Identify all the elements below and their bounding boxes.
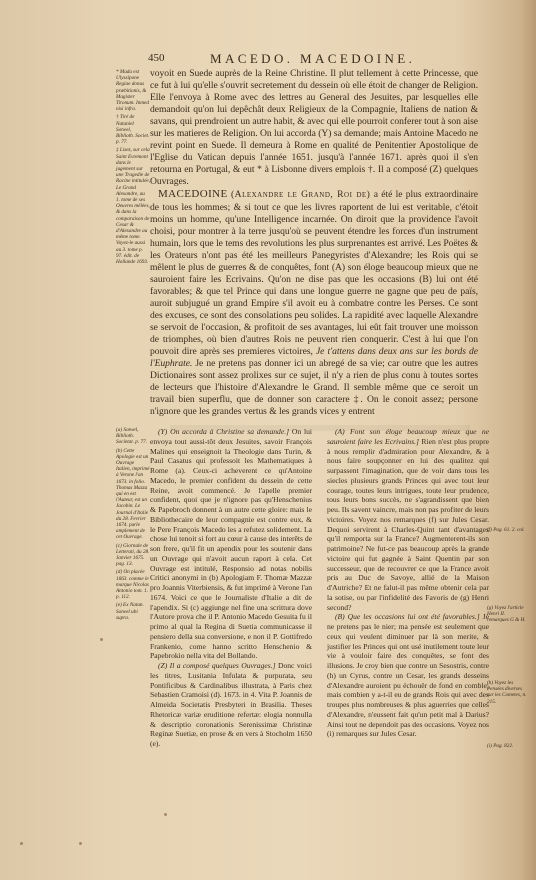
footnote-lemma: (B) Que les occasions lui ont été favora…: [335, 612, 480, 621]
footnote-lemma: (Z) Il a composé quelques Ouvrages.]: [158, 661, 276, 670]
footnotes-left-column: (Y) On accorda à Christine sa demande.] …: [150, 427, 312, 749]
margin-note: (b) Cette Apologie est un Ouvrage Italie…: [116, 448, 150, 541]
margin-note: † Tiré de Nataniel Sotwel, Biblioth. Soc…: [116, 114, 150, 145]
margin-note: (e) Ex Natan. Sotwel ubi supra.: [116, 602, 150, 621]
margin-note: (d) On placée 1663. comme le marque Nico…: [116, 569, 150, 600]
running-head: 450 MACEDO. MACEDOINE.: [148, 52, 508, 68]
margin-note-right-i: (i) Pag. 822.: [487, 743, 527, 749]
margin-note: ‡ Lisez, sur cela Saint Evremont dans le…: [116, 147, 150, 265]
paper-blemish: [79, 842, 82, 845]
paragraph-macedoine: MACEDOINE (Alexandre le Grand, Roi de) a…: [150, 188, 478, 418]
footnote-text: Je ne pretens pas le nier; ma pensée est…: [327, 612, 489, 738]
paper-blemish: [164, 813, 167, 816]
footnote-text: Rien n'est plus propre à nous remplir d'…: [327, 437, 489, 612]
footnote-y: (Y) On accorda à Christine sa demande.] …: [150, 427, 312, 661]
margin-notes-left-top: * Mada est Ulyssipone Regiae donus præbi…: [116, 69, 150, 267]
margin-note: * Mada est Ulyssipone Regiae donus præbi…: [116, 69, 150, 112]
footnote-text: Donc voici les titres, Lusitania Infulat…: [150, 661, 312, 748]
book-page: 450 MACEDO. MACEDOINE. * Mada est Ulyssi…: [0, 0, 536, 880]
footnote-z: (Z) Il a composé quelques Ouvrages.] Don…: [150, 661, 312, 749]
headword-name: (Alexandre le Grand, Roi de): [231, 189, 370, 200]
margin-note: (c) Giornale de Letterati, du 28. Janvie…: [116, 543, 150, 568]
footnote-b: (B) Que les occasions lui ont été favora…: [327, 612, 489, 739]
margin-notes-left-footnotes: (a) Sotwel, Biblioth. Societat. p. 77. (…: [116, 427, 150, 623]
paper-blemish: [100, 638, 103, 641]
footnote-text: On lui envoya tout aussi-tôt deux Jesuit…: [150, 427, 312, 660]
margin-note-right-f: (f) Pag. 61. 2. col.: [487, 527, 527, 533]
article-text: a été le plus extraordinaire de tous les…: [150, 189, 478, 357]
page-title: MACEDO. MACEDOINE.: [210, 51, 415, 67]
margin-note-right-h: (h) Voyez les Pensées diverses sur les C…: [487, 680, 527, 705]
paragraph-macedo: voyoit en Suede auprès de la Reine Chris…: [150, 68, 478, 188]
margin-note-right-g: (g) Voyez l'article Henri II. remarques …: [487, 605, 527, 624]
page-number: 450: [148, 52, 165, 64]
paper-blemish: [20, 842, 23, 845]
footnote-lemma: (Y) On accorda à Christine sa demande.]: [158, 427, 289, 436]
footnote-a: (A) Font son éloge beaucoup mieux que ne…: [327, 427, 489, 612]
margin-note: (a) Sotwel, Biblioth. Societat. p. 77.: [116, 427, 150, 446]
main-article-text: voyoit en Suede auprès de la Reine Chris…: [150, 68, 478, 418]
headword: MACEDOINE: [158, 188, 228, 200]
footnotes-right-column: (A) Font son éloge beaucoup mieux que ne…: [327, 427, 489, 739]
article-text-continued: Je ne pretens pas donner ici un abregé d…: [150, 358, 478, 417]
